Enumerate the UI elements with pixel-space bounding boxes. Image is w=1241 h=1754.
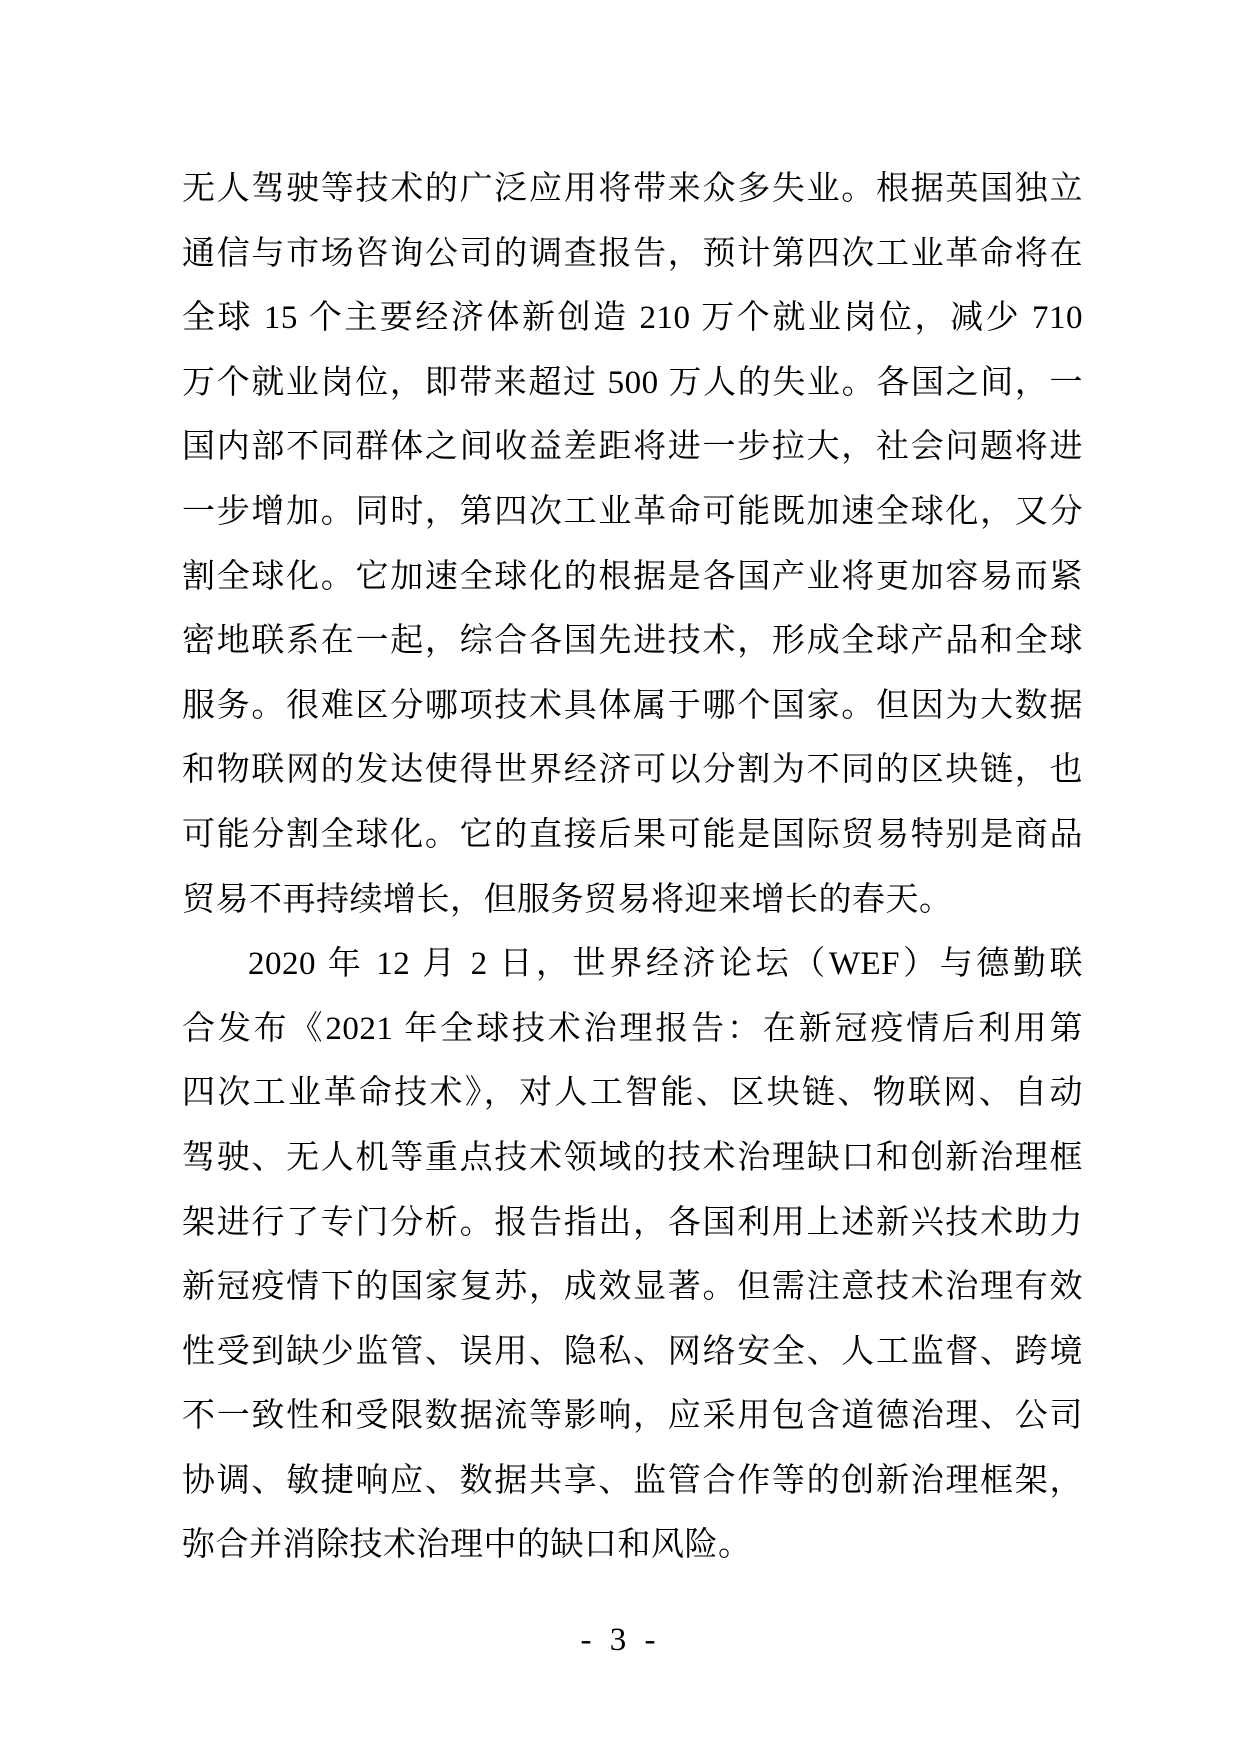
text-line: 割全球化。它加速全球化的根据是各国产业将更加容易而紧 [182, 545, 1083, 610]
text-line: 可能分割全球化。它的直接后果可能是国际贸易特别是商品 [182, 803, 1083, 868]
text-line: 合发布《2021 年全球技术治理报告：在新冠疫情后利用第 [182, 997, 1083, 1062]
text-line: 驾驶、无人机等重点技术领域的技术治理缺口和创新治理框 [182, 1126, 1083, 1191]
text-line: 贸易不再持续增长，但服务贸易将迎来增长的春天。 [182, 868, 1083, 933]
text-line: 无人驾驶等技术的广泛应用将带来众多失业。根据英国独立 [182, 157, 1083, 222]
text-line: 全球 15 个主要经济体新创造 210 万个就业岗位，减少 710 [182, 286, 1083, 351]
text-line: 性受到缺少监管、误用、隐私、网络安全、人工监督、跨境 [182, 1320, 1083, 1385]
page-number: - 3 - [0, 1622, 1241, 1659]
text-line: 万个就业岗位，即带来超过 500 万人的失业。各国之间，一 [182, 351, 1083, 416]
text-line: 一步增加。同时，第四次工业革命可能既加速全球化，又分 [182, 480, 1083, 545]
text-line: 服务。很难区分哪项技术具体属于哪个国家。但因为大数据 [182, 674, 1083, 739]
text-line: 四次工业革命技术》，对人工智能、区块链、物联网、自动 [182, 1061, 1083, 1126]
text-line: 通信与市场咨询公司的调查报告，预计第四次工业革命将在 [182, 222, 1083, 287]
text-line: 国内部不同群体之间收益差距将进一步拉大，社会问题将进 [182, 415, 1083, 480]
text-line: 和物联网的发达使得世界经济可以分割为不同的区块链，也 [182, 738, 1083, 803]
text-line: 架进行了专门分析。报告指出，各国利用上述新兴技术助力 [182, 1191, 1083, 1256]
text-line: 弥合并消除技术治理中的缺口和风险。 [182, 1513, 1083, 1578]
body-text: 无人驾驶等技术的广泛应用将带来众多失业。根据英国独立通信与市场咨询公司的调查报告… [182, 157, 1083, 1578]
text-line: 密地联系在一起，综合各国先进技术，形成全球产品和全球 [182, 609, 1083, 674]
document-page: 无人驾驶等技术的广泛应用将带来众多失业。根据英国独立通信与市场咨询公司的调查报告… [0, 0, 1241, 1754]
text-line: 协调、敏捷响应、数据共享、监管合作等的创新治理框架， [182, 1449, 1083, 1514]
text-line: 新冠疫情下的国家复苏，成效显著。但需注意技术治理有效 [182, 1255, 1083, 1320]
text-line: 2020 年 12 月 2 日，世界经济论坛（WEF）与德勤联 [182, 932, 1083, 997]
text-line: 不一致性和受限数据流等影响，应采用包含道德治理、公司 [182, 1384, 1083, 1449]
